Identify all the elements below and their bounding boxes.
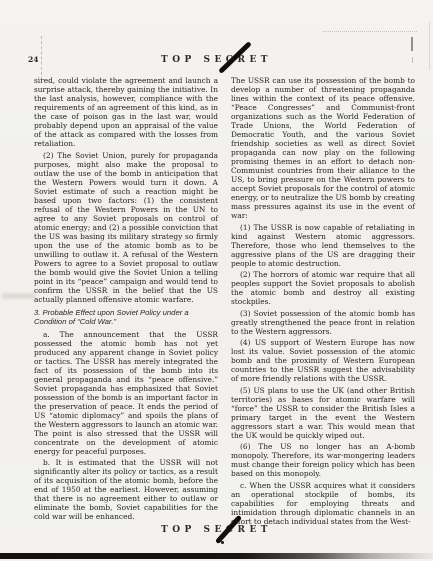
paragraph-a: a. The announcement that the USSR posses… (34, 330, 218, 456)
classification-stamp-top-label: TOP SECRET (161, 55, 272, 65)
list-item-4: (4) US support of Western Europe has now… (231, 338, 415, 383)
list-item-1: (1) The USSR is now capable of retaliati… (231, 223, 415, 268)
paragraph-b: b. It is estimated that the USSR will no… (34, 458, 218, 521)
paragraph-c: c. When the USSR acquires what it consid… (231, 481, 415, 526)
list-item-2: (2) The horrors of atomic war require th… (231, 270, 415, 306)
classification-stamp-bottom-label: TOP SECRET (161, 525, 272, 535)
section-heading-3: 3. Probable Effect upon Soviet Policy un… (34, 308, 218, 327)
classification-stamp-bottom: TOP SECRET (0, 525, 433, 535)
scan-edge-bar (0, 553, 433, 559)
two-column-body: sired, could violate the agreement and l… (34, 76, 415, 528)
scan-artifact-dotted-line (323, 31, 417, 32)
list-item-3: (3) Soviet possession of the atomic bomb… (231, 309, 415, 336)
scan-artifact-margin-smudge (2, 293, 36, 299)
paragraph-continuation: sired, could violate the agreement and l… (34, 76, 218, 148)
list-item-6: (6) The US no longer has an A-bomb monop… (231, 442, 415, 478)
scan-artifact-edge-mark (411, 37, 413, 51)
classification-stamp-top: TOP SECRET (0, 55, 433, 65)
document-page: 24 TOP SECRET sired, could violate the a… (0, 0, 433, 561)
list-item-5: (5) US plans to use the UK (and other Br… (231, 386, 415, 440)
right-column: The USSR can use its possession of the b… (231, 76, 415, 528)
scan-artifact-ink-dot (221, 541, 224, 544)
paragraph-2: (2) The Soviet Union, purely for propaga… (34, 151, 218, 304)
paragraph-intro: The USSR can use its possession of the b… (231, 76, 415, 220)
left-column: sired, could violate the agreement and l… (34, 76, 218, 528)
